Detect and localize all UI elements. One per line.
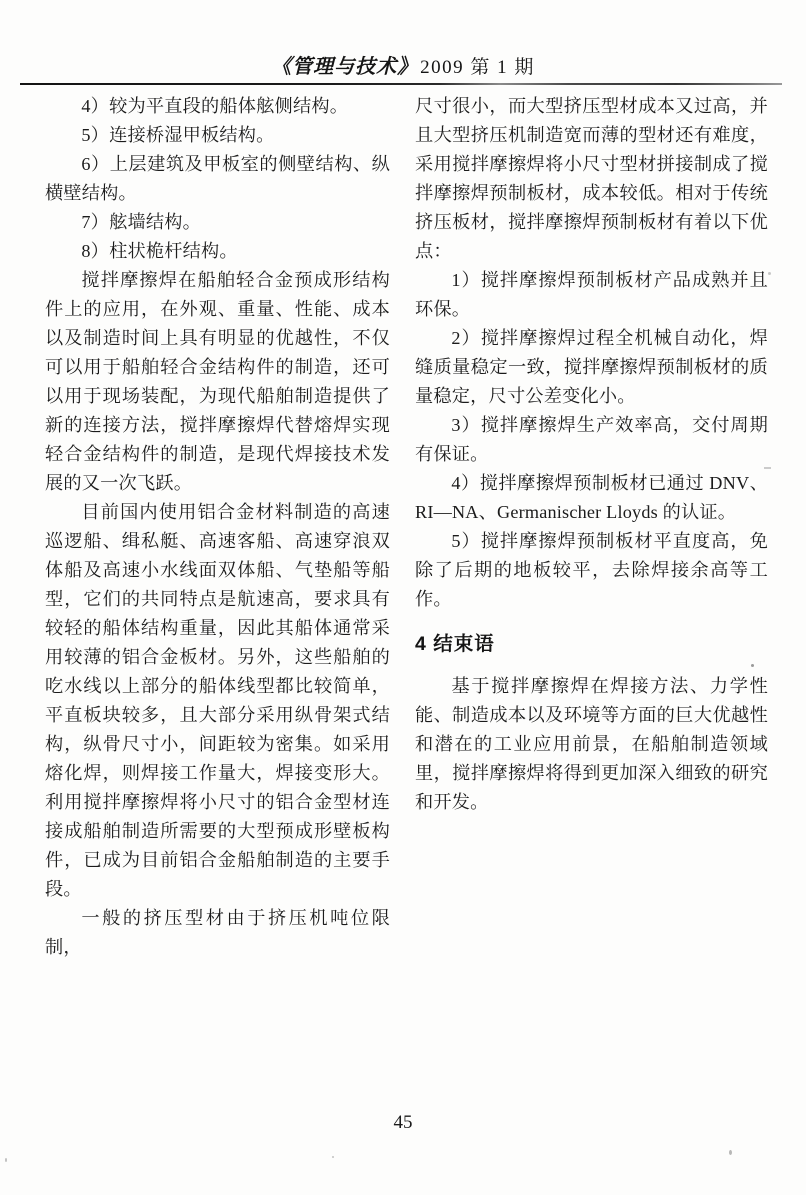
page-header: 《管理与技术》2009 第 1 期 [0,50,806,79]
numbered-list-item: 7）舷墙结构。 [45,208,390,237]
right-column: 尺寸很小，而大型挤压型材成本又过高，并且大型挤压机制造宽而薄的型材还有难度，采用… [415,92,768,962]
page-number: 45 [0,1112,806,1134]
advantage-list-item: 1）搅拌摩擦焊预制板材产品成熟并且环保。 [415,266,768,324]
scan-speck [768,272,771,275]
scan-speck [5,1158,7,1162]
body-paragraph: 目前国内使用铝合金材料制造的高速巡逻船、缉私艇、高速客船、高速穿浪双体船及高速小… [45,498,390,904]
header-rule [20,83,782,85]
body-paragraph: 一般的挤压型材由于挤压机吨位限制， [45,904,390,962]
numbered-list-item: 6）上层建筑及甲板室的侧壁结构、纵横壁结构。 [45,150,390,208]
body-paragraph: 搅拌摩擦焊在船舶轻合金预成形结构件上的应用，在外观、重量、性能、成本以及制造时间… [45,266,390,498]
numbered-list-item: 4）较为平直段的船体舷侧结构。 [45,92,390,121]
advantage-list-item: 5）搅拌摩擦焊预制板材平直度高，免除了后期的地板较平，去除焊接余高等工作。 [415,527,768,614]
scan-speck [729,1150,732,1155]
document-page: 《管理与技术》2009 第 1 期 4）较为平直段的船体舷侧结构。 5）连接桥湿… [0,0,806,1195]
section-heading: 4 结束语 [415,630,768,659]
left-column: 4）较为平直段的船体舷侧结构。 5）连接桥湿甲板结构。 6）上层建筑及甲板室的侧… [45,92,390,962]
advantage-list-item: 3）搅拌摩擦焊生产效率高，交付周期有保证。 [415,411,768,469]
advantage-list-item: 2）搅拌摩擦焊过程全机械自动化，焊缝质量稳定一致，搅拌摩擦焊预制板材的质量稳定，… [415,324,768,411]
scan-speck [751,664,754,667]
scan-speck [332,1156,334,1158]
closing-paragraph: 基于搅拌摩擦焊在焊接方法、力学性能、制造成本以及环境等方面的巨大优越性和潜在的工… [415,672,768,817]
advantage-list-item: 4）搅拌摩擦焊预制板材已通过 DNV、RI—NA、Germanischer Ll… [415,469,768,527]
continuation-paragraph: 尺寸很小，而大型挤压型材成本又过高，并且大型挤压机制造宽而薄的型材还有难度，采用… [415,92,768,266]
numbered-list-item: 8）柱状桅杆结构。 [45,237,390,266]
two-column-body: 4）较为平直段的船体舷侧结构。 5）连接桥湿甲板结构。 6）上层建筑及甲板室的侧… [45,92,768,962]
scan-speck [764,467,771,469]
numbered-list-item: 5）连接桥湿甲板结构。 [45,121,390,150]
journal-title: 《管理与技术》 [271,56,418,78]
journal-issue: 2009 第 1 期 [420,57,535,78]
